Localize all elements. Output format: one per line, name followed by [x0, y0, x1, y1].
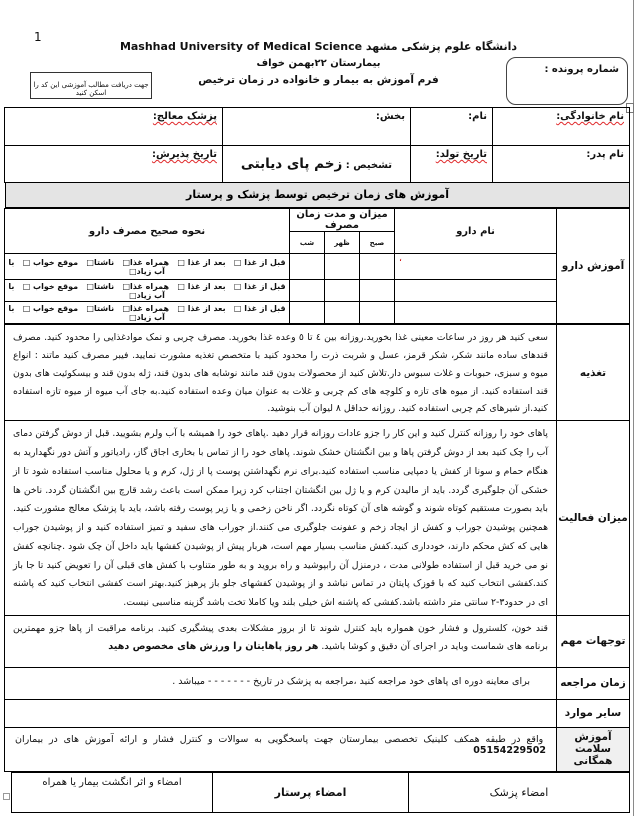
last-name-label: نام خانوادگی:: [493, 108, 629, 125]
activity-label: میزان فعالیت: [557, 421, 630, 616]
nurse-signature-label: امضاء پرستار: [275, 786, 347, 799]
usage-options[interactable]: قبل از غذا □ بعد از غذا □ همراه غذا□ ناش…: [5, 280, 290, 302]
patient-info-table: نام خانوادگی: نام: بخش: پزشک معالج: نام …: [4, 107, 630, 183]
form-body: نام خانوادگی: نام: بخش: پزشک معالج: نام …: [5, 107, 630, 813]
physician-label: پزشک معالج:: [5, 108, 222, 125]
important-text-cell: قند خون، کلسترول و فشار خون همواره باید …: [5, 615, 557, 667]
file-number-label: شماره پرونده :: [544, 64, 619, 75]
dose-header: میزان و مدت زمان مصرف: [290, 209, 395, 232]
visit-text: برای معاینه دوره ای پاهای خود مراجعه کنی…: [5, 667, 557, 699]
university-title: دانشگاه علوم پزشکی مشهد Mashhad Universi…: [0, 40, 637, 53]
visit-label: زمان مراجعه: [557, 667, 630, 699]
dose-morning-input[interactable]: [360, 280, 395, 302]
admission-date-field[interactable]: تاریخ پذیرش:: [5, 146, 223, 183]
time-night-header: شب: [290, 232, 325, 254]
medication-row: ، قبل از غذا □ بعد از غذا □ همراه غذا□ ن…: [5, 254, 630, 280]
dose-morning-input[interactable]: [360, 254, 395, 280]
father-name-field[interactable]: نام پدر:: [493, 146, 630, 183]
drug-name-input[interactable]: ،: [395, 254, 557, 280]
section-row-nutrition: تغذیه سعی کنید هر روز در ساعات معینی غذا…: [5, 325, 630, 421]
drug-name-input[interactable]: [395, 302, 557, 324]
drug-name-header: نام دارو: [395, 209, 557, 254]
dose-night-input[interactable]: [290, 302, 325, 324]
medication-row-label: آموزش دارو: [557, 209, 630, 324]
admission-date-label: تاریخ پذیرش:: [5, 146, 222, 163]
medication-row: قبل از غذا □ بعد از غذا □ همراه غذا□ ناش…: [5, 280, 630, 302]
physician-signature-field[interactable]: امضاء پزشک: [409, 772, 630, 812]
other-label: سایر موارد: [557, 699, 630, 727]
section-band-title: آموزش های زمان ترخیص توسط پزشک و پرستار: [5, 183, 630, 208]
nutrition-text: سعی کنید هر روز در ساعات معینی غذا بخوری…: [5, 325, 557, 421]
discharge-education-form: 1 دانشگاه علوم پزشکی مشهد Mashhad Univer…: [0, 0, 637, 816]
activity-text: پاهای خود را روزانه کنترل کنید و این کار…: [5, 421, 557, 616]
father-name-label: نام پدر:: [493, 146, 629, 163]
patient-signature-field[interactable]: امضاء و اثر انگشت بیمار یا همراه: [12, 772, 213, 812]
section-row-important: توجهات مهم قند خون، کلسترول و فشار خون ه…: [5, 615, 630, 667]
first-name-field[interactable]: نام:: [411, 108, 493, 146]
health-text: واقع در طبقه همکف کلینیک تخصصی بیمارستان…: [15, 734, 543, 745]
physician-field[interactable]: پزشک معالج:: [5, 108, 223, 146]
birth-date-field[interactable]: تاریخ تولد:: [411, 146, 493, 183]
diagnosis-value: زخم پای دیابتی: [241, 156, 342, 172]
education-sections-table: تغذیه سعی کنید هر روز در ساعات معینی غذا…: [4, 324, 630, 772]
signature-table: امضاء پزشک امضاء پرستار امضاء و اثر انگش…: [11, 772, 630, 813]
section-row-health: آموزش سلامت همگانی واقع در طبقه همکف کلی…: [5, 727, 630, 771]
drug-name-input[interactable]: [395, 280, 557, 302]
red-annotation-mark: ،: [395, 254, 402, 264]
usage-options[interactable]: قبل از غذا □ بعد از غذا □ همراه غذا□ ناش…: [5, 302, 290, 324]
section-row-visit: زمان مراجعه برای معاینه دوره ای پاهای خو…: [5, 667, 630, 699]
time-morning-header: صبح: [360, 232, 395, 254]
important-bold-text: هر روز پاهایتان را ورزش های مخصوص دهید: [108, 641, 318, 652]
ward-field[interactable]: بخش:: [223, 108, 411, 146]
scrollbar-track[interactable]: [633, 0, 634, 816]
dose-night-input[interactable]: [290, 254, 325, 280]
dose-morning-input[interactable]: [360, 302, 395, 324]
time-noon-header: ظهر: [325, 232, 360, 254]
dose-noon-input[interactable]: [325, 254, 360, 280]
other-text-input[interactable]: [5, 699, 557, 727]
section-row-other: سایر موارد: [5, 699, 630, 727]
dose-noon-input[interactable]: [325, 280, 360, 302]
last-name-field[interactable]: نام خانوادگی:: [493, 108, 630, 146]
physician-signature-label: امضاء پزشک: [490, 786, 549, 799]
medication-table: آموزش دارو نام دارو میزان و مدت زمان مصر…: [4, 208, 630, 324]
usage-options[interactable]: قبل از غذا □ بعد از غذا □ همراه غذا□ ناش…: [5, 254, 290, 280]
health-phone-number: 05154229502: [473, 745, 546, 756]
important-label: توجهات مهم: [557, 615, 630, 667]
diagnosis-field: تشخیص : زخم پای دیابتی: [223, 146, 411, 183]
health-text-cell: واقع در طبقه همکف کلینیک تخصصی بیمارستان…: [5, 727, 557, 771]
nutrition-label: تغذیه: [557, 325, 630, 421]
dose-noon-input[interactable]: [325, 302, 360, 324]
medication-row: قبل از غذا □ بعد از غذا □ همراه غذا□ ناش…: [5, 302, 630, 324]
nurse-signature-field[interactable]: امضاء پرستار: [213, 772, 409, 812]
dose-night-input[interactable]: [290, 280, 325, 302]
section-row-activity: میزان فعالیت پاهای خود را روزانه کنترل ک…: [5, 421, 630, 616]
usage-header: نحوه صحیح مصرف دارو: [5, 209, 290, 254]
file-number-box[interactable]: شماره پرونده :: [506, 57, 628, 105]
first-name-label: نام:: [411, 108, 492, 125]
ward-label: بخش:: [223, 108, 410, 125]
health-label: آموزش سلامت همگانی: [557, 727, 630, 771]
patient-signature-label: امضاء و اثر انگشت بیمار یا همراه: [42, 777, 181, 788]
diagnosis-label: تشخیص :: [346, 160, 392, 171]
qr-scan-note: جهت دریافت مطالب آموزشی این کد را اسکن ک…: [30, 72, 152, 99]
birth-date-label: تاریخ تولد:: [411, 146, 492, 163]
